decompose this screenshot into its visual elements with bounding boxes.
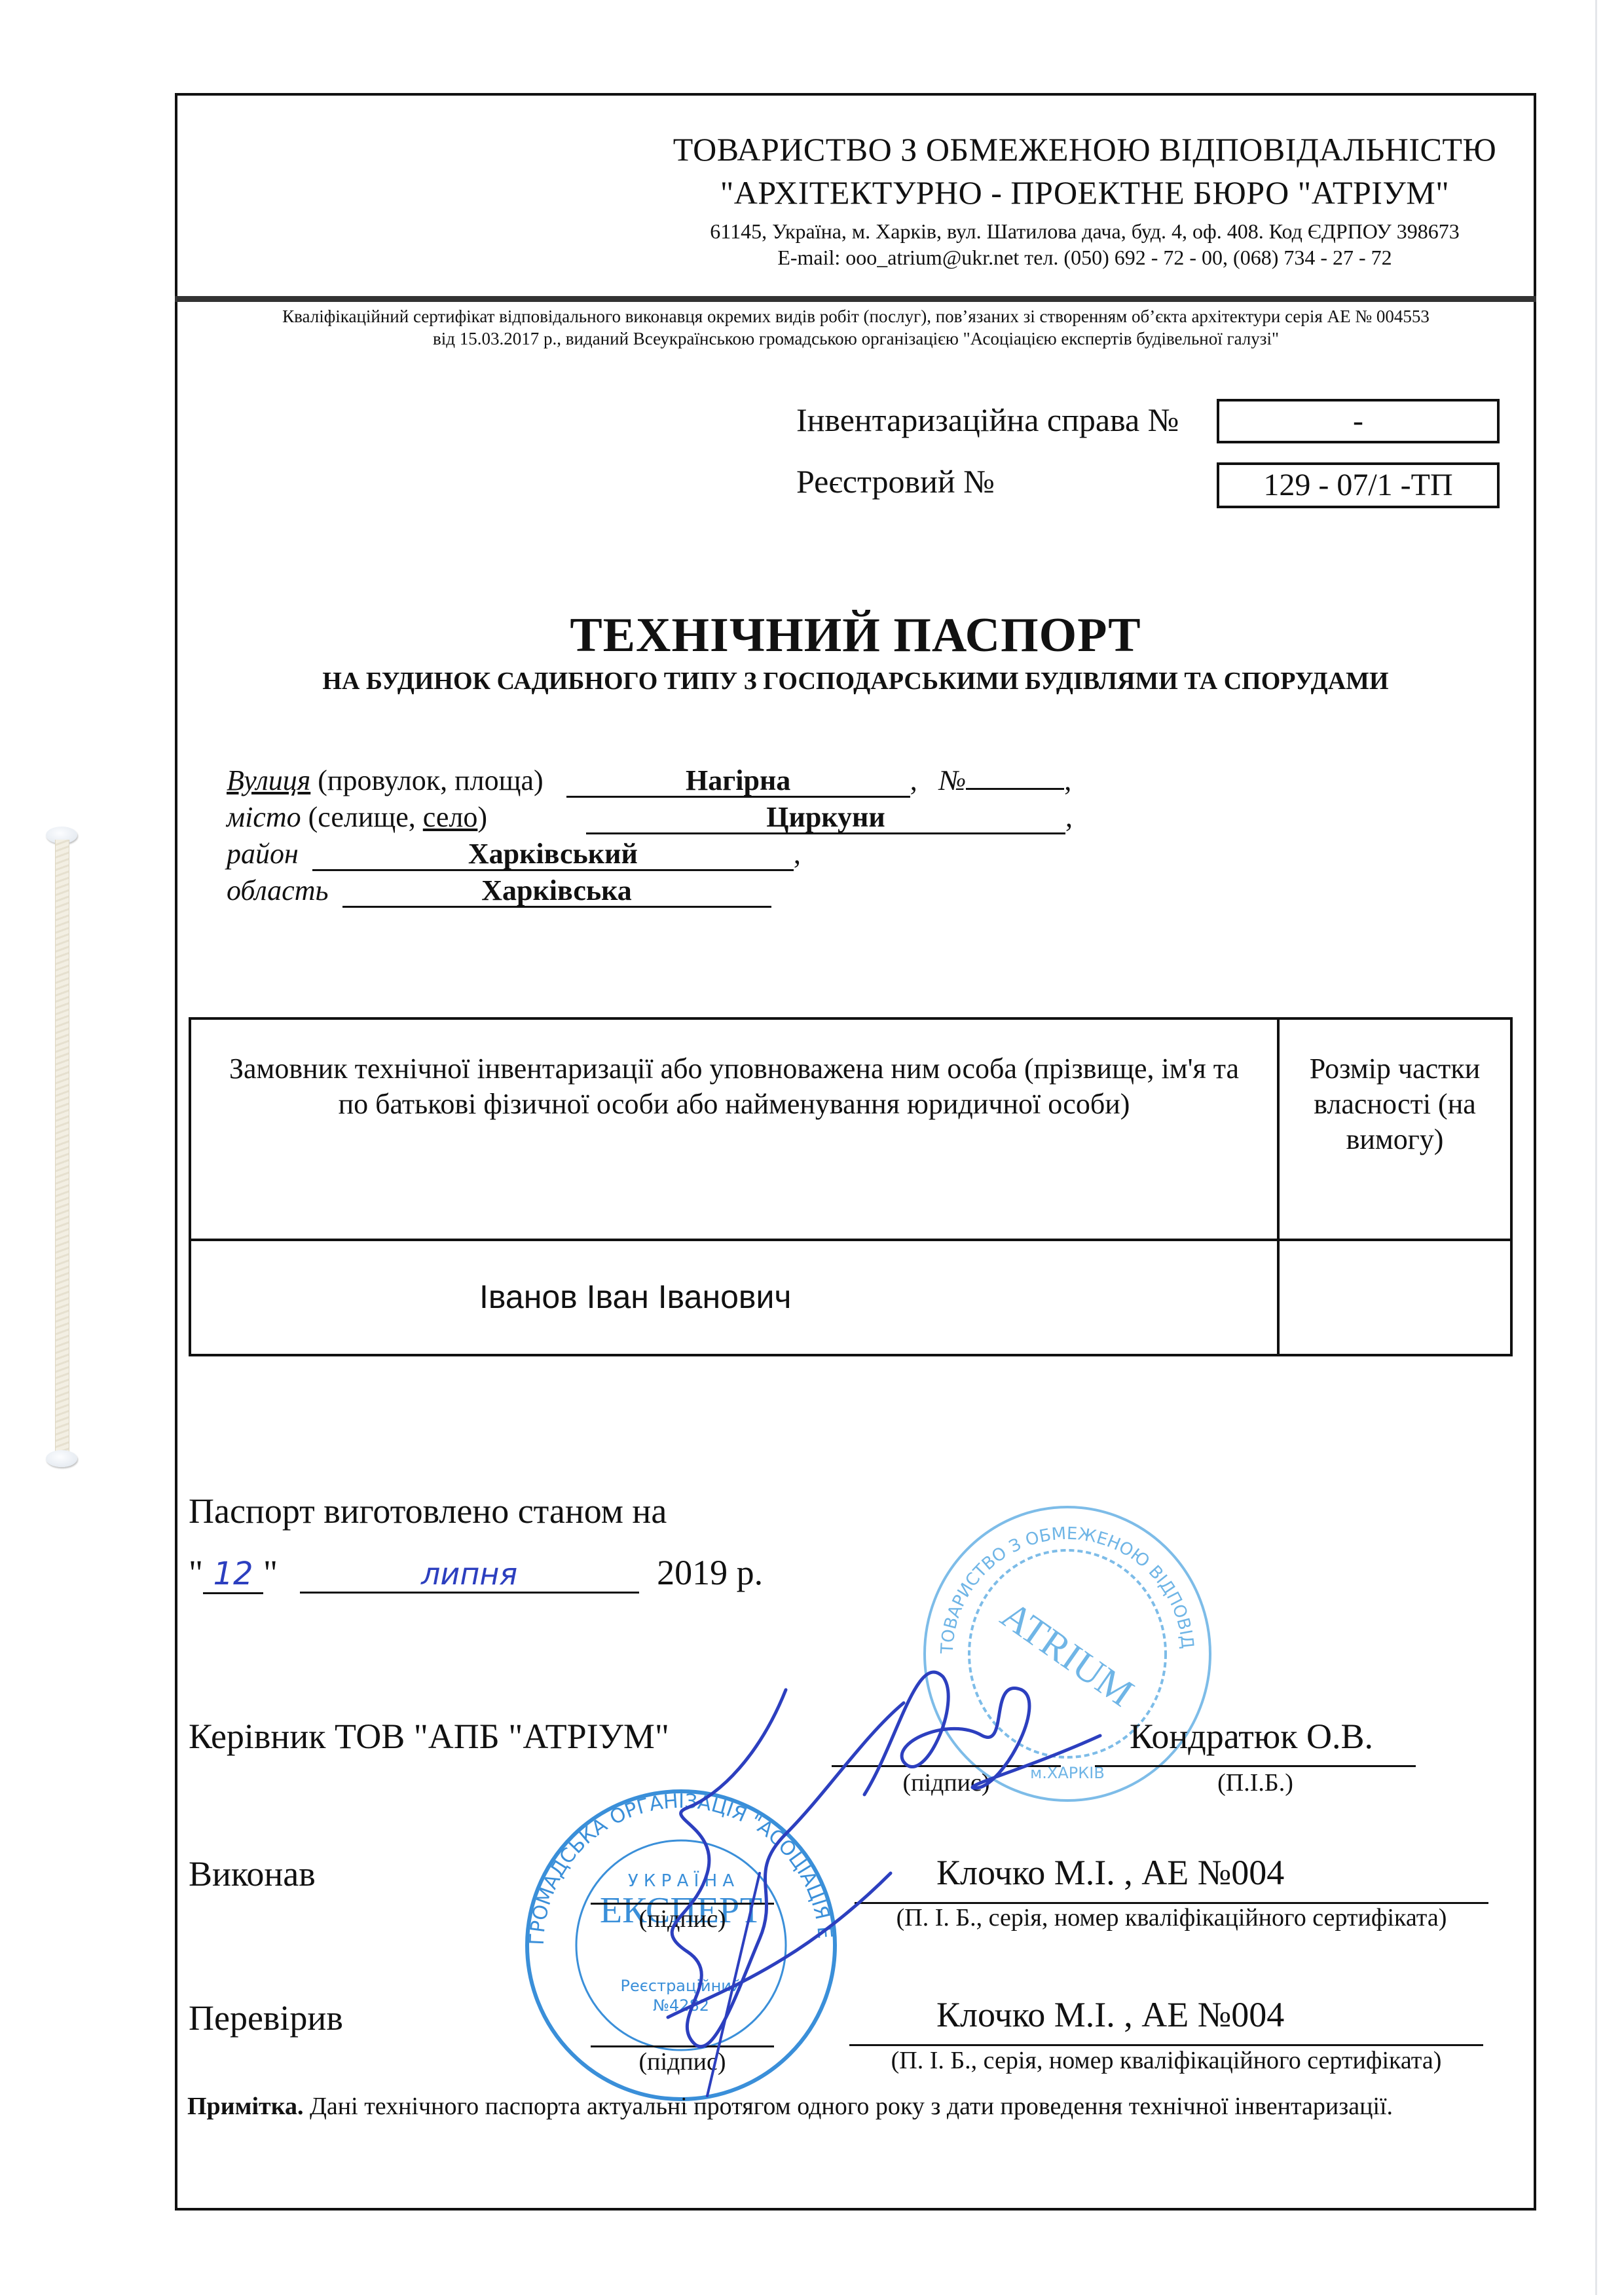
street-row: Вулиця (провулок, площа) Нагірна, №, — [227, 763, 1071, 798]
owner-table: Замовник технічної інвентаризації або уп… — [189, 1017, 1513, 1356]
header-divider — [175, 296, 1536, 302]
certificate-line2: від 15.03.2017 р., виданий Всеукраїнсько… — [178, 327, 1534, 350]
head-name: Кондратюк О.В. — [1130, 1716, 1373, 1757]
document-subtitle: НА БУДИНОК САДИБНОГО ТИПУ З ГОСПОДАРСЬКИ… — [177, 667, 1534, 696]
checker-role: Перевірив — [189, 1998, 343, 2038]
company-name-line2: "АРХІТЕКТУРНО - ПРОЕКТНЕ БЮРО "АТРІУМ" — [177, 171, 1534, 214]
comma: , — [1065, 801, 1073, 833]
street-label-rest: (провулок, площа) — [310, 764, 543, 796]
comma: , — [794, 838, 801, 870]
footnote-text: Дані технічного паспорта актуальні протя… — [304, 2093, 1393, 2120]
page-edge — [1595, 0, 1597, 2295]
street-value: Нагірна — [566, 766, 910, 798]
region-value: Харківська — [342, 876, 771, 908]
region-label: область — [227, 874, 329, 906]
city-label-rest: (селище, — [301, 801, 423, 833]
company-header: ТОВАРИСТВО З ОБМЕЖЕНОЮ ВІДПОВІДАЛЬНІСТЮ … — [177, 128, 1534, 271]
date-year: 2019 р. — [657, 1553, 763, 1592]
city-value: Циркуни — [586, 802, 1065, 834]
footnote-label: Примітка. — [187, 2093, 304, 2120]
district-row: район Харківський, — [227, 836, 801, 872]
owner-table-header: Замовник технічної інвентаризації або уп… — [190, 1018, 1511, 1240]
performer-role: Виконав — [189, 1854, 316, 1894]
city-label: місто — [227, 801, 301, 833]
date-month-handwritten: липня — [300, 1556, 639, 1594]
certificate-line1: Кваліфікаційний сертифікат відповідально… — [178, 305, 1534, 327]
company-name-line1: ТОВАРИСТВО З ОБМЕЖЕНОЮ ВІДПОВІДАЛЬНІСТЮ — [177, 128, 1534, 171]
owner-column-header: Замовник технічної інвентаризації або уп… — [190, 1018, 1278, 1240]
quote-open: " — [189, 1553, 203, 1592]
checker-name-caption: (П. І. Б., серія, номер кваліфікаційного… — [849, 2046, 1483, 2075]
checker-name: Клочко М.І. , АЕ №004 — [936, 1994, 1284, 2035]
qualification-certificate: Кваліфікаційний сертифікат відповідально… — [178, 305, 1534, 350]
performer-name: Клочко М.І. , АЕ №004 — [936, 1852, 1284, 1893]
performer-signature-icon — [589, 1677, 917, 2109]
share-column-header: Розмір частки власності (на вимогу) — [1278, 1018, 1511, 1240]
street-label: Вулиця — [227, 764, 310, 796]
share-cell — [1278, 1240, 1511, 1355]
city-row: місто (селище, село) Циркуни, — [227, 800, 1073, 835]
house-number-label: № — [939, 764, 967, 796]
company-contacts: E-mail: ooo_atrium@ukr.net тел. (050) 69… — [177, 244, 1534, 271]
document-title: ТЕХНІЧНИЙ ПАСПОРТ — [177, 608, 1534, 663]
register-number-label: Реєстровий № — [796, 462, 995, 500]
company-address: 61145, Україна, м. Харків, вул. Шатилова… — [177, 218, 1534, 244]
performer-name-caption: (П. І. Б., серія, номер кваліфікаційного… — [855, 1903, 1488, 1932]
region-row: область Харківська — [227, 873, 771, 908]
inventory-case-label: Інвентаризаційна справа № — [796, 401, 1179, 439]
binding-cord — [50, 827, 72, 1468]
district-value: Харківський — [312, 839, 794, 871]
owner-name: Іванов Іван Іванович — [479, 1278, 791, 1315]
date-day-handwritten: 12 — [203, 1556, 263, 1594]
binding-knot-bottom — [46, 1450, 77, 1467]
head-name-caption: (П.І.Б.) — [1095, 1768, 1416, 1797]
date-label: Паспорт виготовлено станом на — [189, 1491, 667, 1531]
inventory-case-number: - — [1217, 399, 1500, 443]
house-number-value — [966, 788, 1064, 790]
table-row: Іванов Іван Іванович — [190, 1240, 1511, 1355]
register-number: 129 - 07/1 -ТП — [1217, 462, 1500, 508]
city-label-close: ) — [477, 801, 487, 833]
comma: , — [1064, 764, 1071, 796]
city-type-selected: село — [423, 801, 478, 833]
footnote: Примітка. Дані технічного паспорта актуа… — [187, 2091, 1510, 2121]
district-label: район — [227, 838, 299, 870]
head-name-line — [1095, 1765, 1416, 1767]
owner-name-cell: Іванов Іван Іванович — [190, 1240, 1278, 1355]
date-row: "12" липня 2019 р. — [189, 1552, 763, 1594]
comma: , — [910, 764, 917, 796]
binding-string — [55, 840, 69, 1455]
quote-close: " — [263, 1553, 278, 1592]
